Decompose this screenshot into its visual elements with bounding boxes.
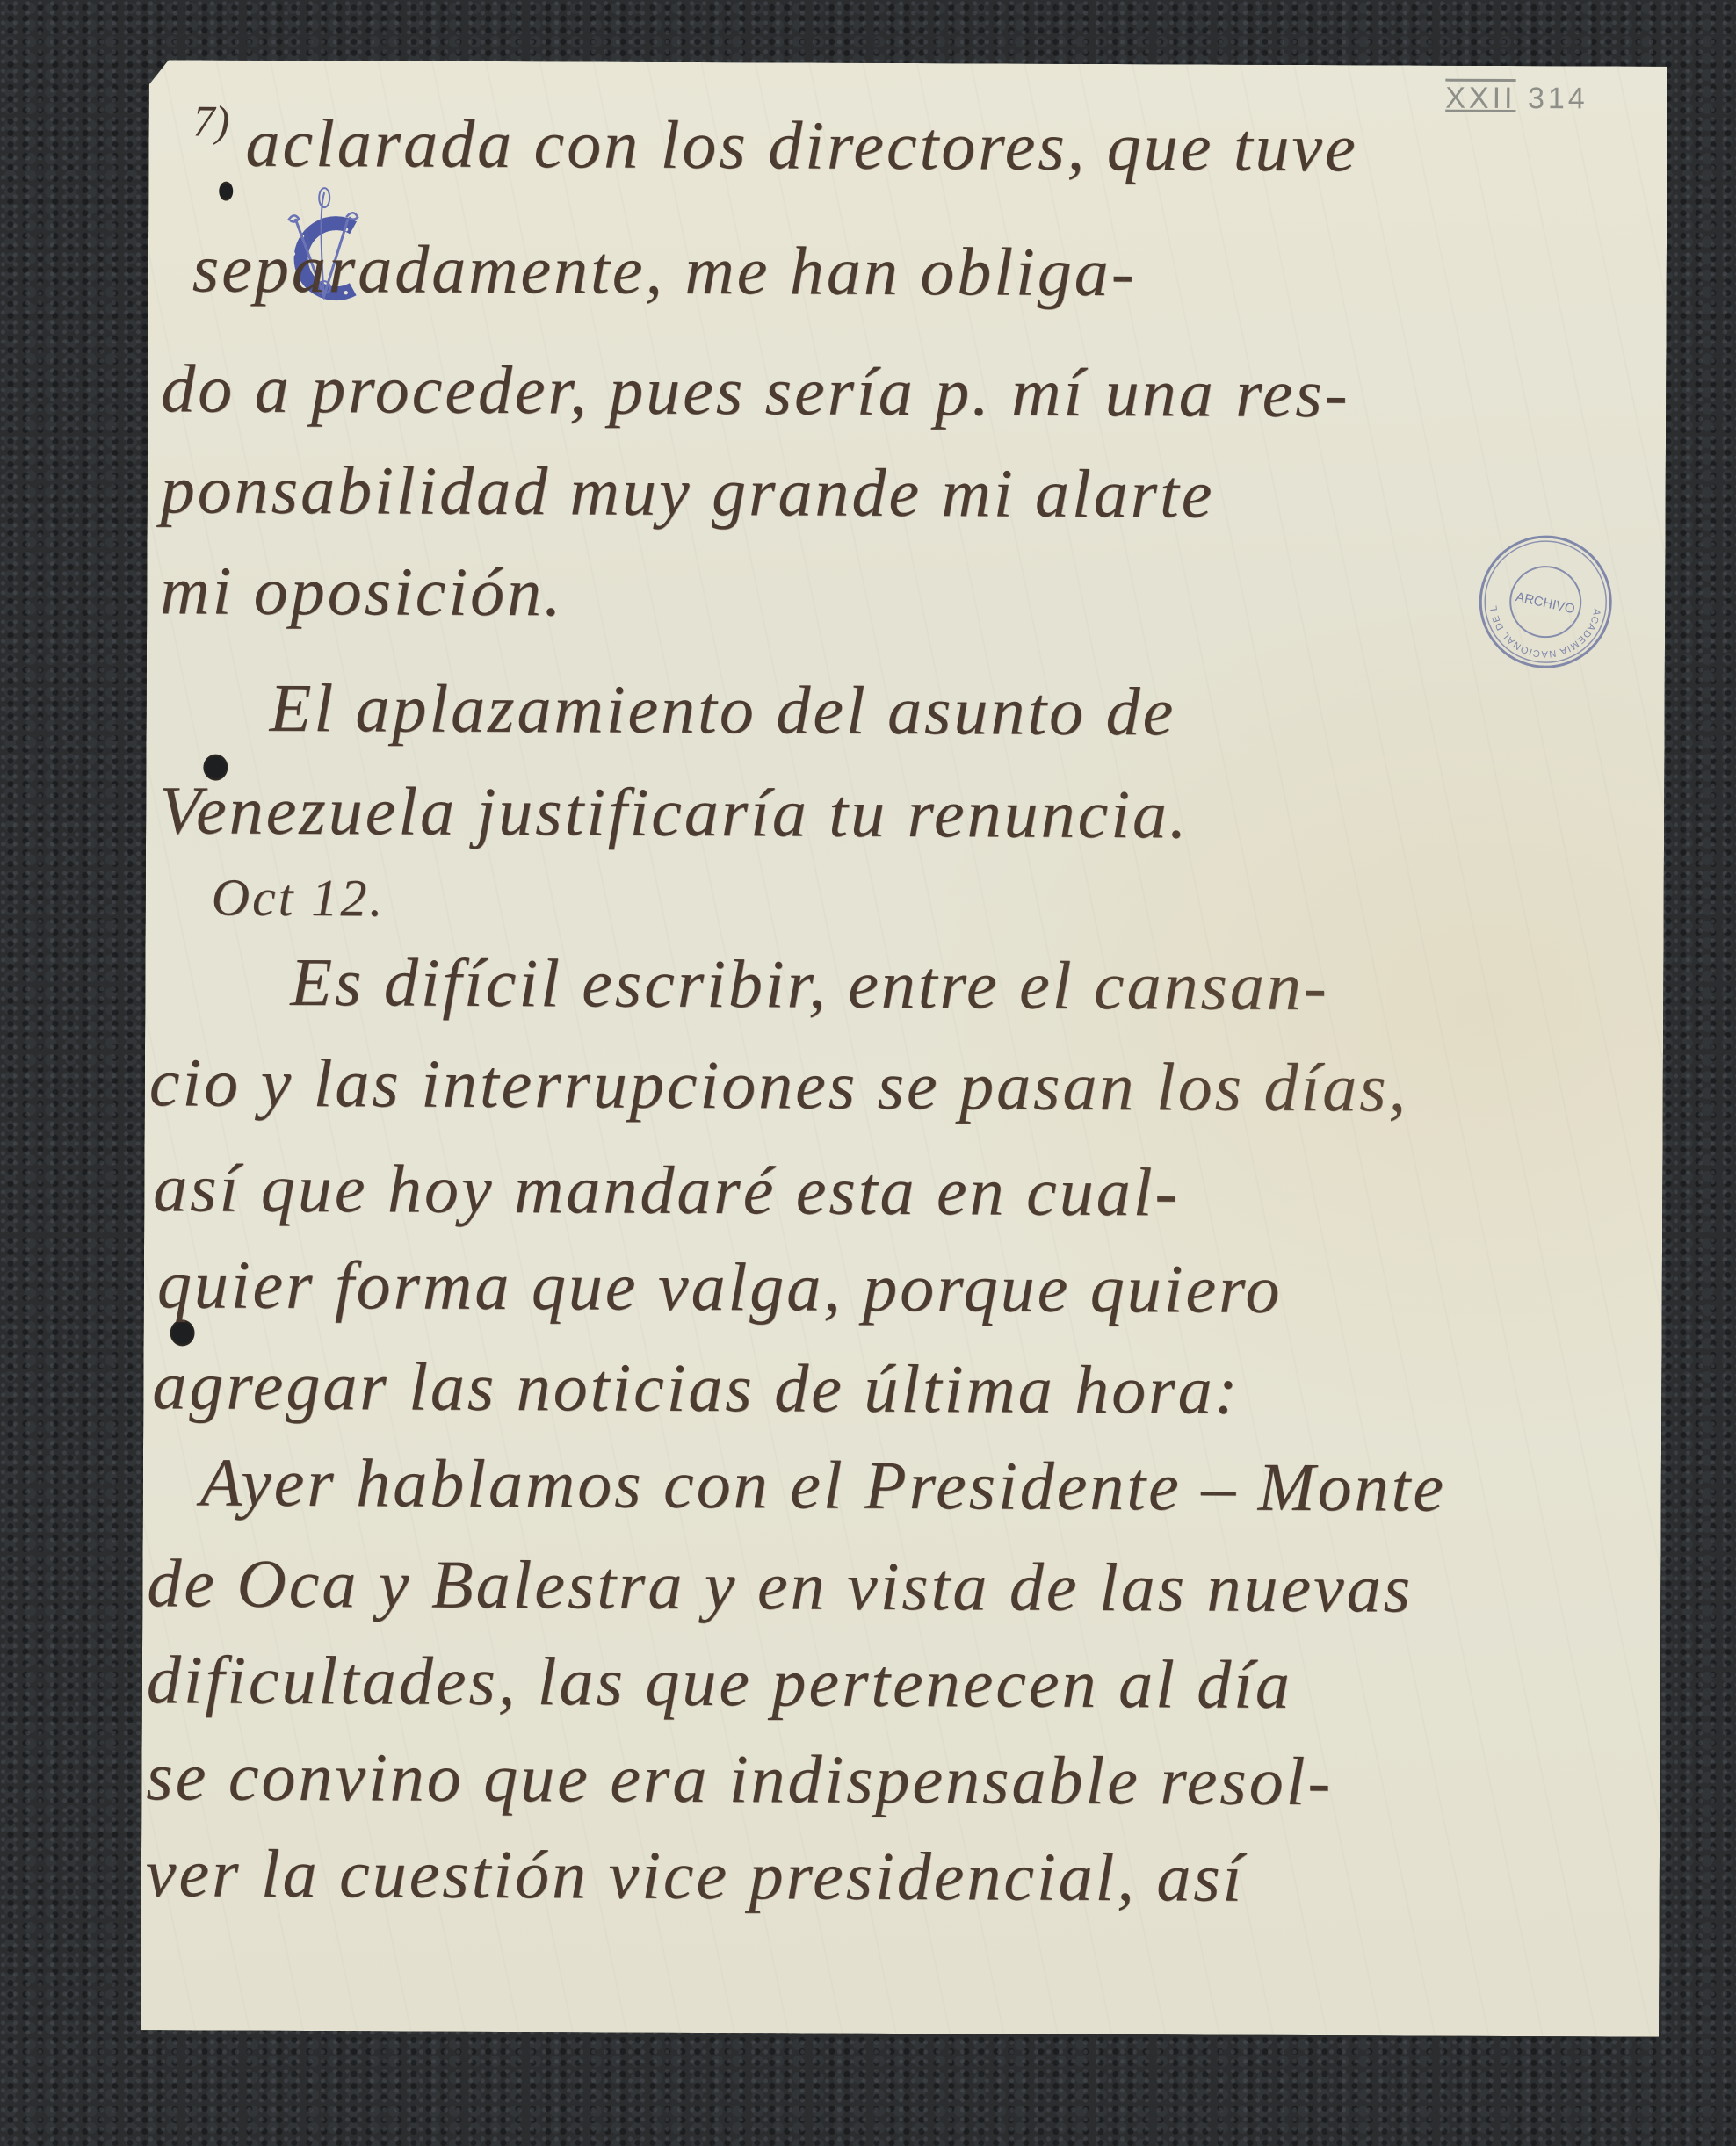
handwritten-line: do a proceder, pues sería p. mí una res- — [161, 354, 1350, 428]
handwritten-line: de Oca y Balestra y en vista de las nuev… — [147, 1549, 1413, 1622]
handwritten-line: Venezuela justificaría tu renuncia. — [159, 776, 1190, 849]
handwritten-line: dificultades, las que pertenecen al día — [147, 1645, 1292, 1719]
handwritten-line: ver la cuestión vice presidencial, así — [146, 1839, 1245, 1911]
handwritten-line: aclarada con los directores, que tuve — [245, 109, 1358, 183]
date-note: Oct 12. — [212, 871, 386, 925]
handwritten-line: Ayer hablamos con el Presidente – Monte — [200, 1449, 1446, 1522]
handwritten-line: ponsabilidad muy grande mi alarte — [161, 455, 1215, 528]
handwritten-line: mi oposición. — [160, 556, 564, 626]
handwritten-line: se convino que era indispensable resol- — [146, 1742, 1333, 1816]
handwritten-line: Es difícil escribir, entre el cansan- — [290, 948, 1329, 1021]
handwritten-line: así que hoy mandaré esta en cual- — [153, 1153, 1180, 1226]
handwritten-line: separadamente, me han obliga- — [192, 234, 1137, 307]
letter-page: 7) XXII 314 ACADEMIA NACIONAL DE LA HIST… — [141, 60, 1667, 2037]
handwritten-line: cio y las interrupciones se pasan los dí… — [149, 1048, 1409, 1122]
handwritten-line: quier forma que valga, porque quiero — [157, 1250, 1283, 1324]
handwritten-line: agregar las noticias de última hora: — [152, 1351, 1241, 1424]
handwritten-line: El aplazamiento del asunto de — [270, 674, 1176, 747]
letter-body: aclarada con los directores, que tuve se… — [141, 60, 1667, 2037]
